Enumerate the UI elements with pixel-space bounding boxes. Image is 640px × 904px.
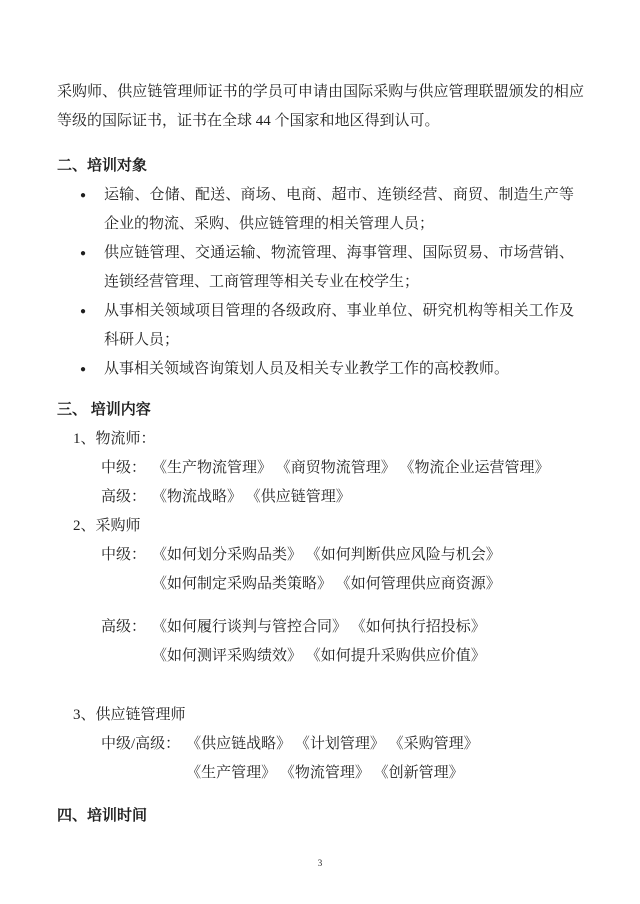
audience-bullet-list: ● 运输、仓储、配送、商场、电商、超市、连锁经营、商贸、制造生产等企业的物流、采…: [57, 181, 577, 384]
bullet-icon: ●: [80, 181, 104, 239]
bullet-item: ● 运输、仓储、配送、商场、电商、超市、连锁经营、商贸、制造生产等企业的物流、采…: [80, 181, 577, 239]
level-row: 高级： 《物流战略》 《供应链管理》: [101, 483, 577, 512]
section-heading-audience: 二、培训对象: [57, 152, 577, 181]
level-label: 中级：: [101, 541, 146, 599]
book-line: 《如何制定采购品类策略》 《如何管理供应商资源》: [152, 570, 501, 599]
book-line: 《如何测评采购绩效》 《如何提升采购供应价值》: [152, 642, 486, 671]
level-row: 中级/高级： 《供应链战略》 《计划管理》 《采购管理》 《生产管理》 《物流管…: [101, 730, 577, 788]
bullet-item: ● 从事相关领域项目管理的各级政府、事业单位、研究机构等相关工作及科研人员；: [80, 297, 577, 355]
book-list: 《物流战略》 《供应链管理》: [152, 483, 351, 512]
book-line: 《供应链战略》 《计划管理》 《采购管理》: [186, 730, 479, 759]
book-list: 《生产物流管理》 《商贸物流管理》 《物流企业运营管理》: [152, 454, 550, 483]
page-number: 3: [0, 856, 640, 870]
bullet-text: 从事相关领域咨询策划人员及相关专业教学工作的高校教师。: [104, 355, 574, 384]
group-title: 1、物流师：: [73, 425, 577, 454]
section-heading-content: 三、 培训内容: [57, 396, 577, 425]
level-row: 高级： 《如何履行谈判与管控合同》 《如何执行招投标》 《如何测评采购绩效》 《…: [101, 613, 577, 671]
bullet-item: ● 从事相关领域咨询策划人员及相关专业教学工作的高校教师。: [80, 355, 577, 384]
level-label: 高级：: [101, 483, 146, 512]
group-supply-chain-master: 3、供应链管理师 中级/高级： 《供应链战略》 《计划管理》 《采购管理》 《生…: [57, 701, 577, 788]
book-line: 《如何履行谈判与管控合同》 《如何执行招投标》: [152, 613, 486, 642]
book-line: 《如何划分采购品类》 《如何判断供应风险与机会》: [152, 541, 501, 570]
bullet-icon: ●: [80, 355, 104, 384]
book-list: 《如何划分采购品类》 《如何判断供应风险与机会》 《如何制定采购品类策略》 《如…: [152, 541, 501, 599]
bullet-text: 运输、仓储、配送、商场、电商、超市、连锁经营、商贸、制造生产等企业的物流、采购、…: [104, 181, 574, 239]
group-title: 2、采购师: [73, 512, 577, 541]
group-purchasing-master: 2、采购师 中级： 《如何划分采购品类》 《如何判断供应风险与机会》 《如何制定…: [57, 512, 577, 671]
bullet-icon: ●: [80, 239, 104, 297]
level-row: 中级： 《如何划分采购品类》 《如何判断供应风险与机会》 《如何制定采购品类策略…: [101, 541, 577, 599]
bullet-text: 从事相关领域项目管理的各级政府、事业单位、研究机构等相关工作及科研人员；: [104, 297, 574, 355]
group-logistics-master: 1、物流师： 中级： 《生产物流管理》 《商贸物流管理》 《物流企业运营管理》 …: [57, 425, 577, 512]
bullet-item: ● 供应链管理、交通运输、物流管理、海事管理、国际贸易、市场营销、连锁经营管理、…: [80, 239, 577, 297]
level-label: 高级：: [101, 613, 146, 671]
book-line: 《物流战略》 《供应链管理》: [152, 483, 351, 512]
book-list: 《如何履行谈判与管控合同》 《如何执行招投标》 《如何测评采购绩效》 《如何提升…: [152, 613, 486, 671]
section-heading-time: 四、培训时间: [57, 802, 577, 831]
document-page: 采购师、供应链管理师证书的学员可申请由国际采购与供应管理联盟颁发的相应等级的国际…: [0, 0, 640, 904]
group-title: 3、供应链管理师: [73, 701, 577, 730]
bullet-text: 供应链管理、交通运输、物流管理、海事管理、国际贸易、市场营销、连锁经营管理、工商…: [104, 239, 574, 297]
book-line: 《生产管理》 《物流管理》 《创新管理》: [186, 759, 479, 788]
book-list: 《供应链战略》 《计划管理》 《采购管理》 《生产管理》 《物流管理》 《创新管…: [186, 730, 479, 788]
book-line: 《生产物流管理》 《商贸物流管理》 《物流企业运营管理》: [152, 454, 550, 483]
level-label: 中级/高级：: [101, 730, 180, 788]
bullet-icon: ●: [80, 297, 104, 355]
intro-paragraph: 采购师、供应链管理师证书的学员可申请由国际采购与供应管理联盟颁发的相应等级的国际…: [57, 78, 584, 136]
level-row: 中级： 《生产物流管理》 《商贸物流管理》 《物流企业运营管理》: [101, 454, 577, 483]
level-label: 中级：: [101, 454, 146, 483]
